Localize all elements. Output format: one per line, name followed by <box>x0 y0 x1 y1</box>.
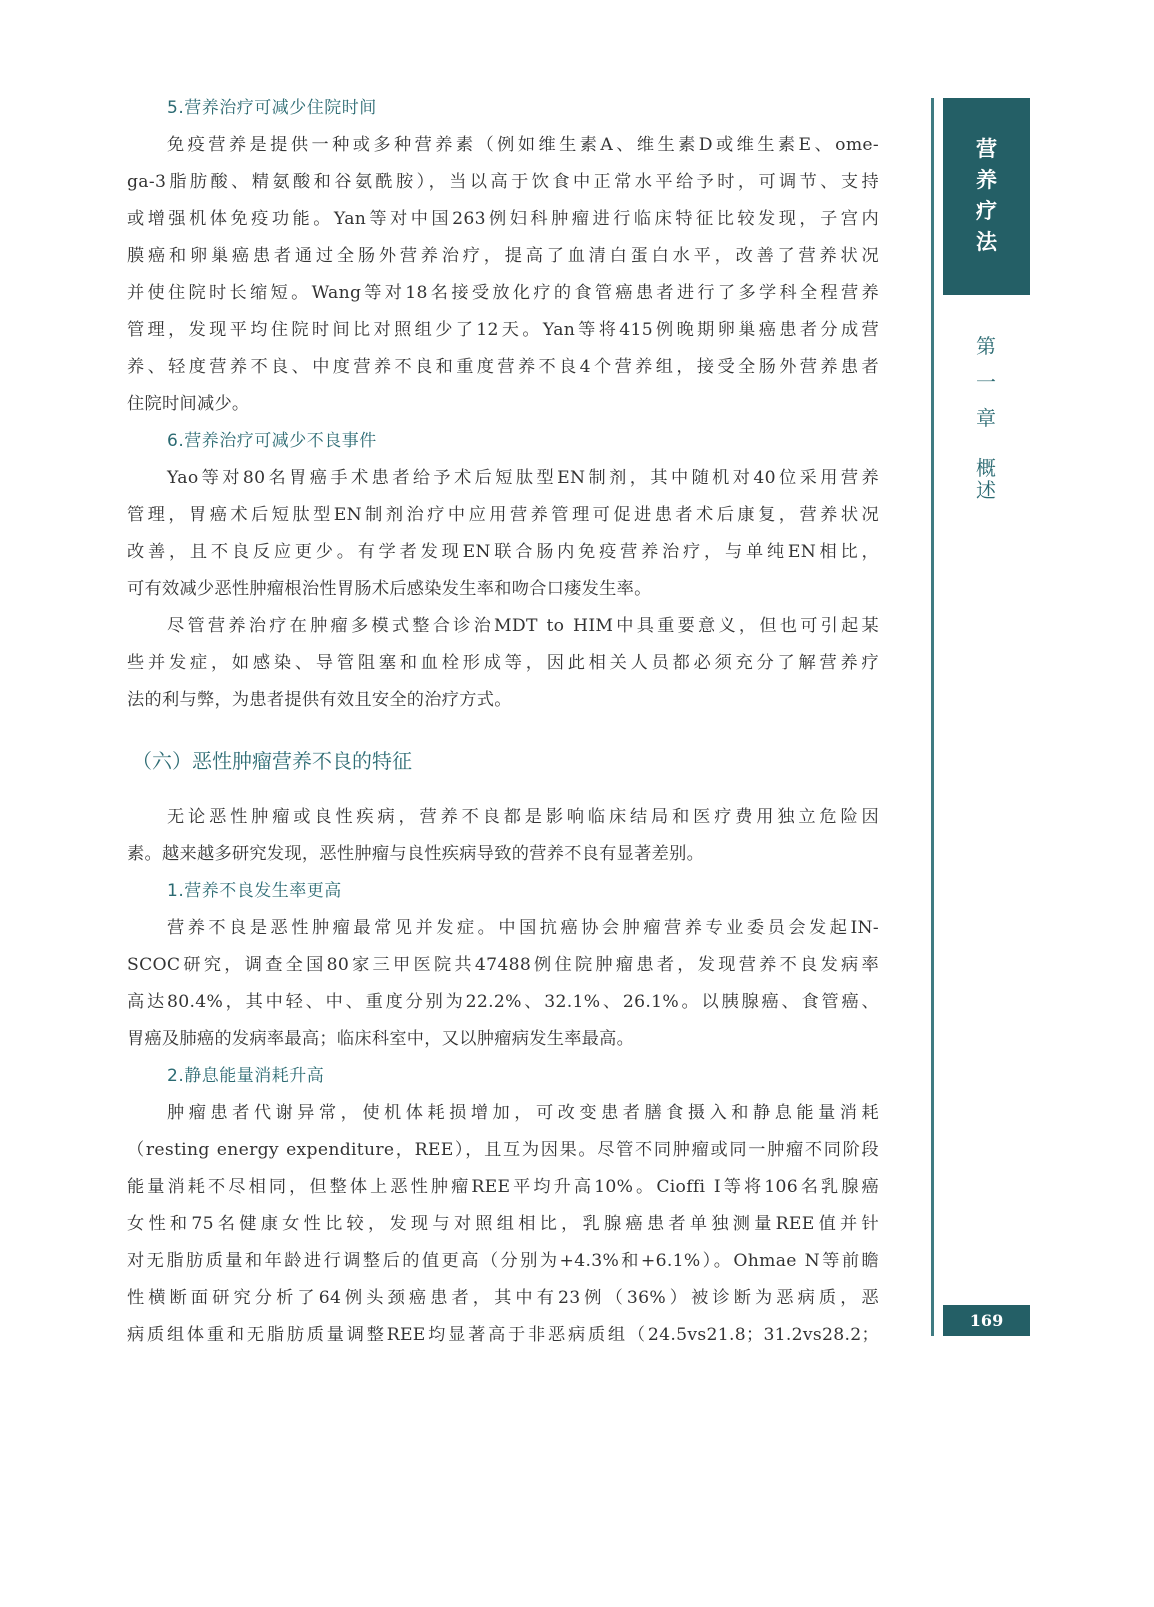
text-line: Yao等对80名胃癌手术患者给予术后短肽型EN制剂，其中随机对40位采用营养 <box>127 460 879 497</box>
text-line: 免疫营养是提供一种或多种营养素（例如维生素A、维生素D或维生素E、ome- <box>127 127 879 164</box>
paragraph-immunonutrition: 免疫营养是提供一种或多种营养素（例如维生素A、维生素D或维生素E、ome- ga… <box>127 127 879 423</box>
side-tab-nutrition-therapy: 营 养 疗 法 <box>943 98 1030 295</box>
section-heading-6: （六）恶性肿瘤营养不良的特征 <box>132 741 879 781</box>
text-line: （resting energy expenditure，REE），且互为因果。尽… <box>127 1132 879 1169</box>
subheading-6: 6.营养治疗可减少不良事件 <box>127 423 879 460</box>
text-line: 女性和75名健康女性比较，发现与对照组相比，乳腺癌患者单独测量REE值并针 <box>127 1206 879 1243</box>
page-number: 169 <box>943 1305 1030 1336</box>
paragraph-ree: 肿瘤患者代谢异常，使机体耗损增加，可改变患者膳食摄入和静息能量消耗 （resti… <box>127 1095 879 1354</box>
text-line: 管理，发现平均住院时间比对照组少了12天。Yan等将415例晚期卵巢癌患者分成营 <box>127 312 879 349</box>
text-line: 高达80.4%，其中轻、中、重度分别为22.2%、32.1%、26.1%。以胰腺… <box>127 984 879 1021</box>
side-tab-char: 养 <box>943 165 1030 196</box>
subheading-1: 1.营养不良发生率更高 <box>127 873 879 910</box>
text-line: 营养不良是恶性肿瘤最常见并发症。中国抗癌协会肿瘤营养专业委员会发起IN- <box>127 910 879 947</box>
paragraph-malnutrition-intro: 无论恶性肿瘤或良性疾病，营养不良都是影响临床结局和医疗费用独立危险因 素。越来越… <box>127 799 879 873</box>
text-line: 些并发症，如感染、导管阻塞和血栓形成等，因此相关人员都必须充分了解营养疗 <box>127 645 879 682</box>
chapter-char: 章 <box>970 407 1002 429</box>
side-tab-char: 法 <box>943 227 1030 258</box>
margin-rule <box>931 98 934 1336</box>
text-line: 并使住院时长缩短。Wang等对18名接受放化疗的食管癌患者进行了多学科全程营养 <box>127 275 879 312</box>
subheading-2: 2.静息能量消耗升高 <box>127 1058 879 1095</box>
text-line: 性横断面研究分析了64例头颈癌患者，其中有23例（36%）被诊断为恶病质，恶 <box>127 1280 879 1317</box>
paragraph-incidence: 营养不良是恶性肿瘤最常见并发症。中国抗癌协会肿瘤营养专业委员会发起IN- SCO… <box>127 910 879 1058</box>
chapter-char: 述 <box>970 479 1002 501</box>
text-line: 养、轻度营养不良、中度营养不良和重度营养不良4个营养组，接受全肠外营养患者 <box>127 349 879 386</box>
text-line: 无论恶性肿瘤或良性疾病，营养不良都是影响临床结局和医疗费用独立危险因 <box>127 799 879 836</box>
text-line: 管理，胃癌术后短肽型EN制剂治疗中应用营养管理可促进患者术后康复，营养状况 <box>127 497 879 534</box>
text-line: 改善，且不良反应更少。有学者发现EN联合肠内免疫营养治疗，与单纯EN相比， <box>127 534 879 571</box>
text-line: 或增强机体免疫功能。Yan等对中国263例妇科肿瘤进行临床特征比较发现，子宫内 <box>127 201 879 238</box>
text-line: 素。越来越多研究发现，恶性肿瘤与良性疾病导致的营养不良有显著差别。 <box>127 836 879 873</box>
chapter-char: 一 <box>970 371 1002 393</box>
side-tab-char: 疗 <box>943 196 1030 227</box>
paragraph-adverse-events: Yao等对80名胃癌手术患者给予术后短肽型EN制剂，其中随机对40位采用营养 管… <box>127 460 879 608</box>
text-line: 肿瘤患者代谢异常，使机体耗损增加，可改变患者膳食摄入和静息能量消耗 <box>127 1095 879 1132</box>
spacer <box>970 393 1002 407</box>
text-line: ga-3脂肪酸、精氨酸和谷氨酰胺），当以高于饮食中正常水平给予时，可调节、支持 <box>127 164 879 201</box>
spacer <box>970 429 1002 457</box>
paragraph-complications: 尽管营养治疗在肿瘤多模式整合诊治MDT to HIM中具重要意义，但也可引起某 … <box>127 608 879 719</box>
page-body: 5.营养治疗可减少住院时间 免疫营养是提供一种或多种营养素（例如维生素A、维生素… <box>127 90 879 1354</box>
text-line: 可有效减少恶性肿瘤根治性胃肠术后感染发生率和吻合口瘘发生率。 <box>127 571 879 608</box>
chapter-char: 概 <box>970 457 1002 479</box>
text-line: 对无脂肪质量和年龄进行调整后的值更高（分别为+4.3%和+6.1%）。Ohmae… <box>127 1243 879 1280</box>
text-line: 尽管营养治疗在肿瘤多模式整合诊治MDT to HIM中具重要意义，但也可引起某 <box>127 608 879 645</box>
chapter-label: 第 一 章 概 述 <box>970 335 1002 501</box>
text-line: 胃癌及肺癌的发病率最高；临床科室中，又以肿瘤病发生率最高。 <box>127 1021 879 1058</box>
subheading-5: 5.营养治疗可减少住院时间 <box>127 90 879 127</box>
text-line: SCOC研究，调查全国80家三甲医院共47488例住院肿瘤患者，发现营养不良发病… <box>127 947 879 984</box>
chapter-char: 第 <box>970 335 1002 357</box>
side-tab-label: 营 养 疗 法 <box>943 134 1030 258</box>
side-tab-char: 营 <box>943 134 1030 165</box>
text-line: 住院时间减少。 <box>127 386 879 423</box>
text-line: 病质组体重和无脂肪质量调整REE均显著高于非恶病质组（24.5vs21.8；31… <box>127 1317 879 1354</box>
text-line: 能量消耗不尽相同，但整体上恶性肿瘤REE平均升高10%。Cioffi I等将10… <box>127 1169 879 1206</box>
spacer <box>970 357 1002 371</box>
text-line: 法的利与弊，为患者提供有效且安全的治疗方式。 <box>127 682 879 719</box>
text-line: 膜癌和卵巢癌患者通过全肠外营养治疗，提高了血清白蛋白水平，改善了营养状况 <box>127 238 879 275</box>
